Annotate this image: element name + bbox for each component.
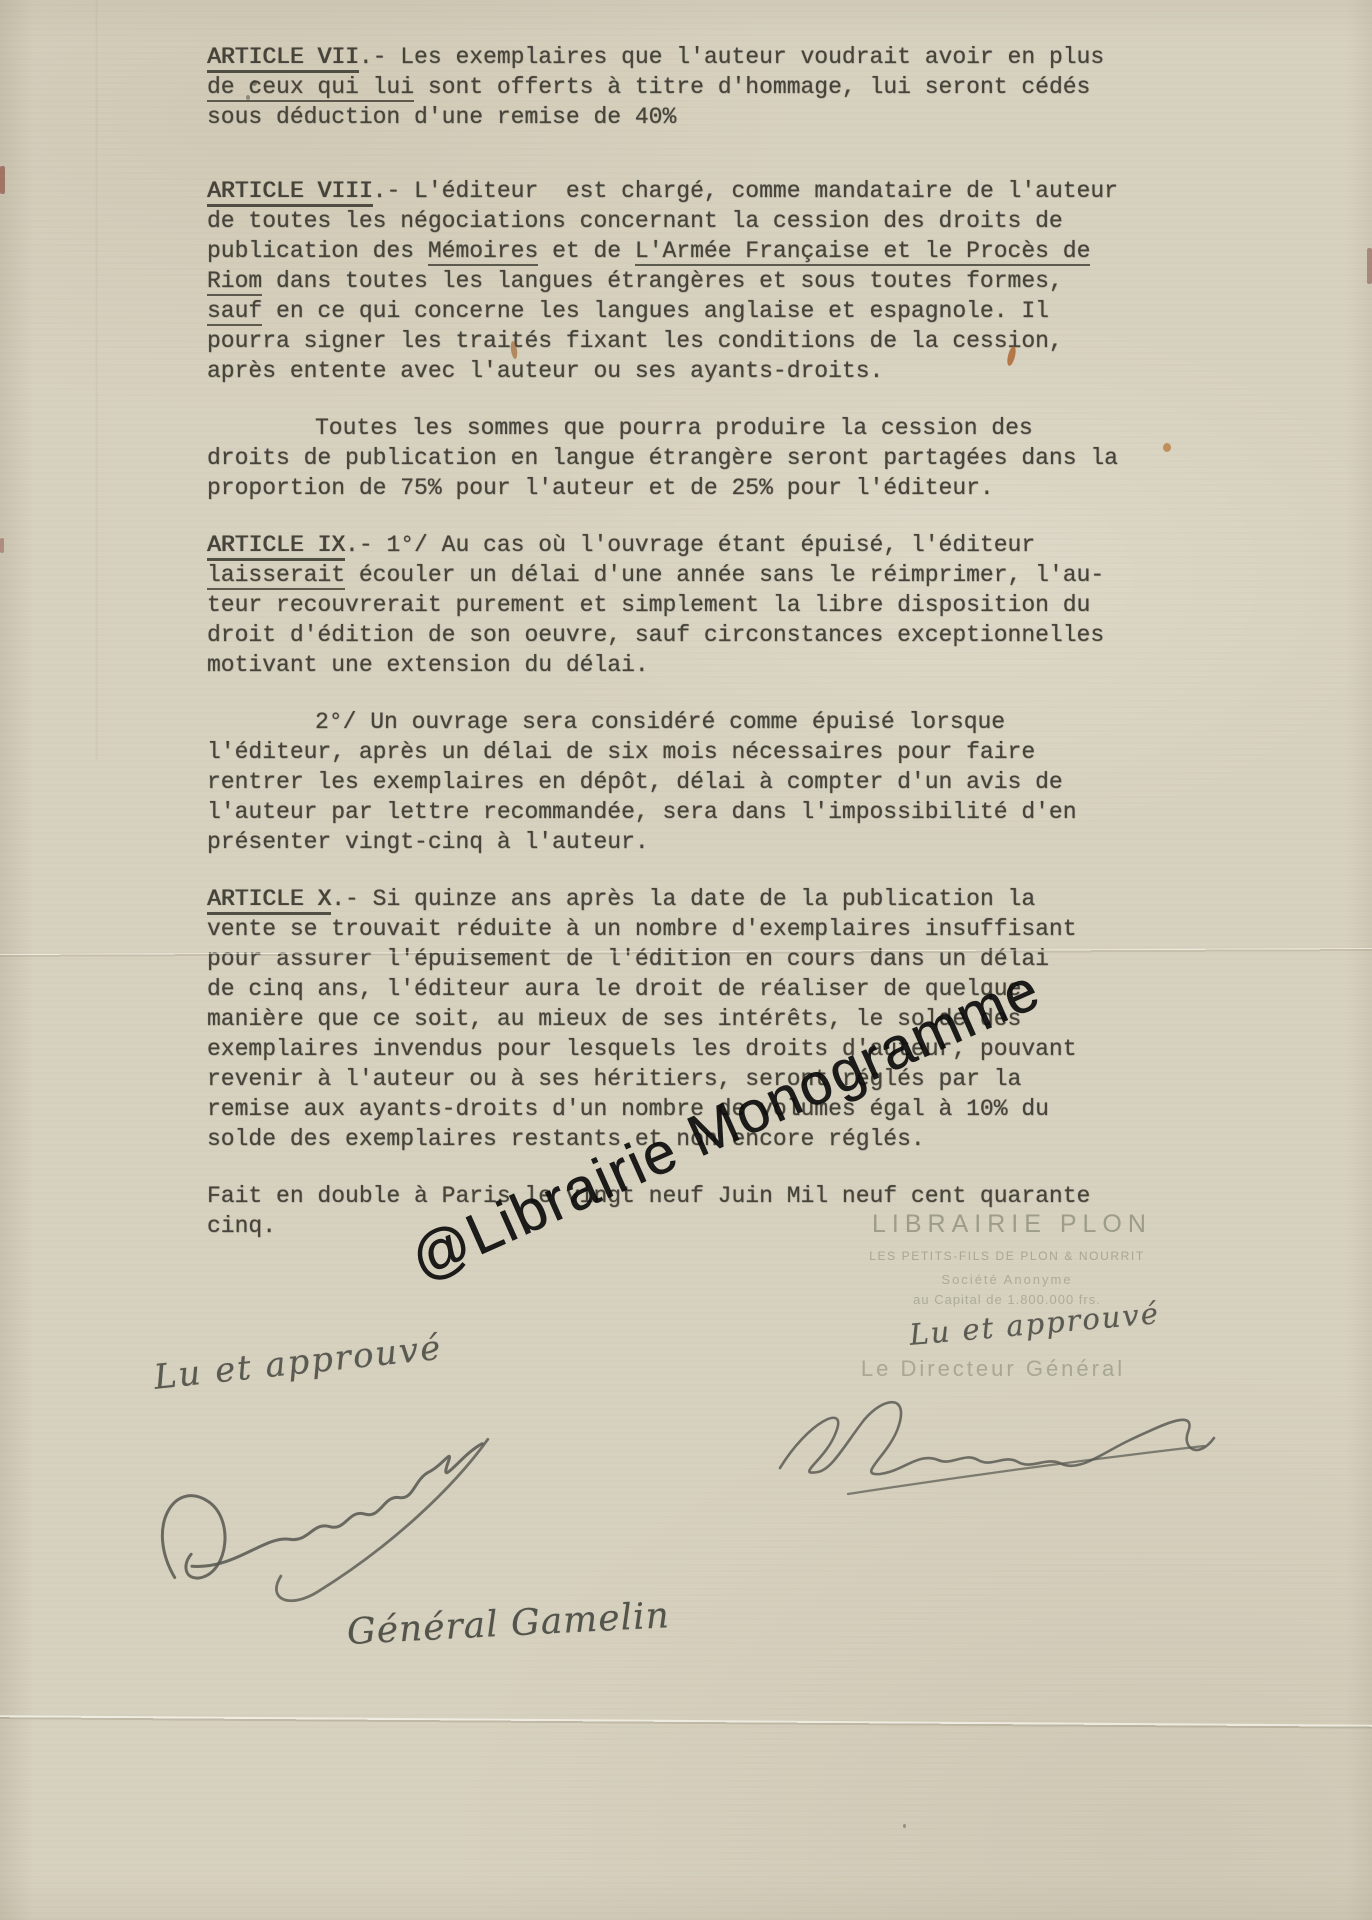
typed-line: droit d'édition de son oeuvre, sauf circ…	[207, 620, 1147, 650]
vertical-crease	[95, 0, 98, 760]
text-segment: de cinq ans, l'éditeur aura le droit de …	[207, 976, 1021, 1002]
text-segment: cinq.	[207, 1213, 276, 1239]
typed-line: sauf en ce qui concerne les langues angl…	[207, 296, 1147, 326]
article-heading: ARTICLE VII	[207, 44, 359, 73]
typed-line: de toutes les négociations concernant la…	[207, 206, 1147, 236]
signature-gamelin	[132, 1424, 544, 1641]
article-ix: ARTICLE IX.- 1°/ Au cas où l'ouvrage éta…	[207, 530, 1147, 680]
text-segment: solde des exemplaires restants et non en…	[207, 1126, 925, 1152]
typed-line: ARTICLE VIII.- L'éditeur est chargé, com…	[207, 176, 1147, 206]
typed-line: 2°/ Un ouvrage sera considéré comme épui…	[207, 707, 1147, 737]
edge-mark	[1367, 248, 1372, 284]
typed-line: motivant une extension du délai.	[207, 650, 1147, 680]
text-segment: .- 1°/ Au cas où l'ouvrage étant épuisé,…	[345, 532, 1035, 558]
scanned-contract-page: ARTICLE VII.- Les exemplaires que l'aute…	[0, 0, 1372, 1920]
text-segment: l'auteur par lettre recommandée, sera da…	[207, 799, 1077, 825]
text-segment: remise aux ayants-droits d'un nombre de …	[207, 1096, 1049, 1122]
publisher-stamp-company-type: Société Anonyme	[868, 1272, 1146, 1287]
typed-line: de ceux qui lui sont offerts à titre d'h…	[207, 72, 1147, 102]
signature-directeur-general	[752, 1380, 1232, 1510]
text-segment: proportion de 75% pour l'auteur et de 25…	[207, 475, 994, 501]
text-segment: .- Les exemplaires que l'auteur voudrait…	[359, 44, 1104, 70]
typed-line: vente se trouvait réduite à un nombre d'…	[207, 914, 1147, 944]
text-segment: sauf	[207, 298, 262, 326]
article-vii: ARTICLE VII.- Les exemplaires que l'aute…	[207, 42, 1147, 132]
text-segment: sont offerts à titre d'hommage, lui sero…	[414, 74, 1090, 100]
typed-line: après entente avec l'auteur ou ses ayant…	[207, 356, 1147, 386]
text-segment: motivant une extension du délai.	[207, 652, 649, 678]
typed-line: Riom dans toutes les langues étrangères …	[207, 266, 1147, 296]
article-viii: ARTICLE VIII.- L'éditeur est chargé, com…	[207, 176, 1147, 386]
typed-line: ARTICLE VII.- Les exemplaires que l'aute…	[207, 42, 1147, 72]
edge-mark	[0, 538, 4, 553]
text-segment: pour assurer l'épuisement de l'édition e…	[207, 946, 1049, 972]
text-segment: de ceux qui lui	[207, 74, 414, 102]
text-segment: sous déduction d'une remise de 40%	[207, 104, 676, 130]
left-approval-handwriting: Lu et approuvé	[152, 1328, 444, 1398]
typed-line: l'auteur par lettre recommandée, sera da…	[207, 797, 1147, 827]
text-segment: pourra signer les traités fixant les con…	[207, 328, 1063, 354]
text-segment: droits de publication en langue étrangèr…	[207, 445, 1118, 471]
ink-speck	[1163, 443, 1171, 452]
article-heading: ARTICLE IX	[207, 532, 345, 561]
article-heading: ARTICLE VIII	[207, 178, 373, 207]
typed-line: Toutes les sommes que pourra produire la…	[207, 413, 1147, 443]
paragraph-epuise: 2°/ Un ouvrage sera considéré comme épui…	[207, 707, 1147, 857]
typed-line: l'éditeur, après un délai de six mois né…	[207, 737, 1147, 767]
text-segment: L'Armée Française et le Procès de	[635, 238, 1090, 266]
ink-speck	[903, 1824, 906, 1828]
edge-mark	[0, 166, 5, 194]
typed-line: proportion de 75% pour l'auteur et de 25…	[207, 473, 1147, 503]
text-segment: Riom	[207, 268, 262, 296]
text-segment: .- Si quinze ans après la date de la pub…	[331, 886, 1035, 912]
typed-line: rentrer les exemplaires en dépôt, délai …	[207, 767, 1147, 797]
paragraph-partage: Toutes les sommes que pourra produire la…	[207, 413, 1147, 503]
text-segment: droit d'édition de son oeuvre, sauf circ…	[207, 622, 1104, 648]
typed-line: revenir à l'auteur ou à ses héritiers, s…	[207, 1064, 1147, 1094]
typed-line: sous déduction d'une remise de 40%	[207, 102, 1147, 132]
text-segment: .- L'éditeur est chargé, comme mandatair…	[373, 178, 1118, 204]
text-segment: rentrer les exemplaires en dépôt, délai …	[207, 769, 1063, 795]
text-segment: présenter vingt-cinq à l'auteur.	[207, 829, 649, 855]
fold-crease	[0, 1715, 1372, 1729]
text-segment: en ce qui concerne les langues anglaise …	[262, 298, 1049, 324]
typed-line: publication des Mémoires et de L'Armée F…	[207, 236, 1147, 266]
typed-line: droits de publication en langue étrangèr…	[207, 443, 1147, 473]
article-heading: ARTICLE X	[207, 886, 331, 915]
typed-line: ARTICLE IX.- 1°/ Au cas où l'ouvrage éta…	[207, 530, 1147, 560]
text-segment: publication des	[207, 238, 428, 264]
text-segment: Mémoires	[428, 238, 538, 266]
text-segment: Toutes les sommes que pourra produire la…	[315, 415, 1033, 441]
text-segment: écouler un délai d'une année sans le réi…	[345, 562, 1104, 588]
publisher-stamp-subtitle: LES PETITS-FILS DE PLON & NOURRIT	[868, 1249, 1146, 1263]
director-title-stamp: Le Directeur Général	[828, 1356, 1158, 1382]
text-segment: et de	[538, 238, 635, 264]
text-segment: dans toutes les langues étrangères et so…	[262, 268, 1063, 294]
typed-line: laisserait écouler un délai d'une année …	[207, 560, 1147, 590]
text-segment: laisserait	[207, 562, 345, 590]
text-segment: vente se trouvait réduite à un nombre d'…	[207, 916, 1077, 942]
publisher-stamp-name: LIBRAIRIE PLON	[872, 1210, 1142, 1239]
typed-line: ARTICLE X.- Si quinze ans après la date …	[207, 884, 1147, 914]
typed-text-block: ARTICLE VII.- Les exemplaires que l'aute…	[207, 42, 1147, 1268]
typed-line: pourra signer les traités fixant les con…	[207, 326, 1147, 356]
typed-line: présenter vingt-cinq à l'auteur.	[207, 827, 1147, 857]
typed-line: teur recouvrerait purement et simplement…	[207, 590, 1147, 620]
text-segment: teur recouvrerait purement et simplement…	[207, 592, 1090, 618]
text-segment: après entente avec l'auteur ou ses ayant…	[207, 358, 883, 384]
text-segment: de toutes les négociations concernant la…	[207, 208, 1063, 234]
text-segment: l'éditeur, après un délai de six mois né…	[207, 739, 1035, 765]
text-segment: 2°/ Un ouvrage sera considéré comme épui…	[315, 709, 1005, 735]
